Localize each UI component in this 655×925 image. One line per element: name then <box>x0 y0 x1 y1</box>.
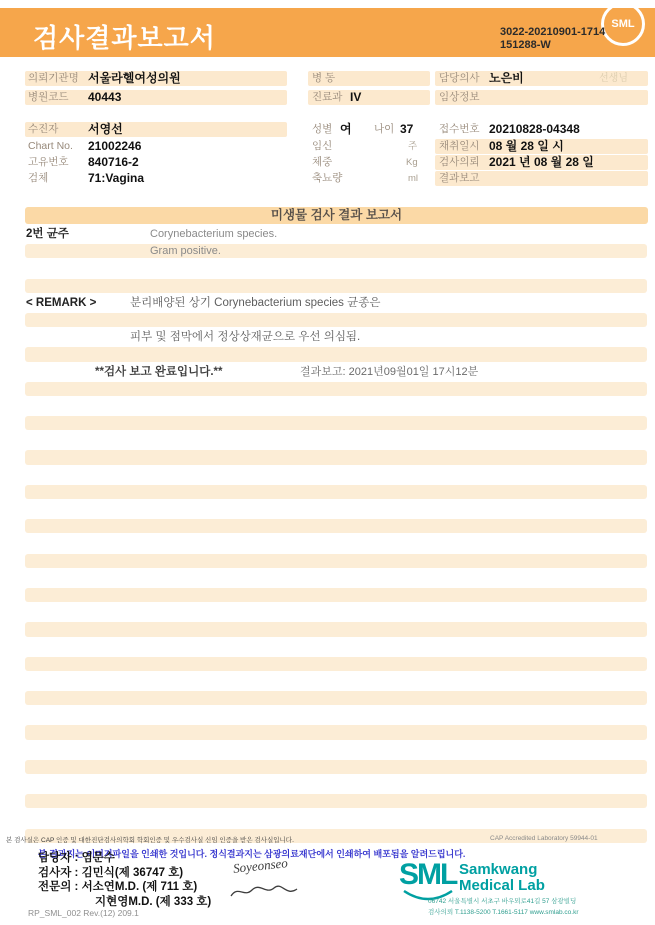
row-highlight-band <box>25 691 647 705</box>
report-row <box>0 449 655 466</box>
report-row <box>0 518 655 535</box>
report-row <box>0 381 655 398</box>
field-result-report: 결과보고 <box>435 171 648 186</box>
field-value: 여 <box>340 122 352 137</box>
field-label: Chart No. <box>28 139 73 154</box>
field-unit: ml <box>408 171 418 186</box>
field-collection-date: 채취일시 08 월 28 일 시 <box>435 139 648 154</box>
field-specimen: 검체 71:Vagina <box>25 171 287 186</box>
signature-icon <box>228 880 300 902</box>
report-row <box>0 656 655 673</box>
report-row <box>0 742 655 759</box>
report-row <box>0 260 655 277</box>
row-highlight-band <box>25 657 647 671</box>
field-label: 의뢰기관명 <box>28 71 79 86</box>
report-row <box>0 415 655 432</box>
field-pregnancy: 임신 주 <box>308 139 430 154</box>
field-value: 40443 <box>88 90 121 105</box>
report-row: < REMARK >분리배양된 상기 Corynebacterium speci… <box>0 295 655 312</box>
staff-specialist-2: 지현영M.D. (제 333 호) <box>38 895 211 910</box>
field-unit: Kg <box>406 155 418 170</box>
report-row <box>0 639 655 656</box>
row-label: < REMARK > <box>26 295 96 312</box>
report-row <box>0 398 655 415</box>
report-row <box>0 312 655 329</box>
staff-block: 담당자 : 염문수 검사자 : 김민식(제 36747 호) 전문의 : 서소연… <box>38 851 211 909</box>
field-doctor: 담당의사 노은비 선생님 <box>435 71 648 86</box>
field-label: 임신 <box>312 139 332 154</box>
report-row <box>0 484 655 501</box>
report-numbers: 3022-20210901-1714 151288-W <box>500 26 605 52</box>
field-value: 서영선 <box>88 122 123 137</box>
report-row <box>0 621 655 638</box>
field-label: 축뇨량 <box>312 171 342 186</box>
field-value: 840716-2 <box>88 155 139 170</box>
report-row: **검사 보고 완료입니다.**결과보고: 2021년09월01일 17시12분 <box>0 364 655 381</box>
field-unique-no: 고유번호 840716-2 <box>25 155 287 170</box>
field-receipt-no: 접수번호 20210828-04348 <box>435 122 648 137</box>
field-label: 진료과 <box>312 90 342 105</box>
accreditation-text: 본 검사실은 CAP 인증 및 대한진단검사의학회 학회인증 및 우수검사실 신… <box>6 835 294 844</box>
company-address: 06742 서울특별시 서초구 바우뫼로41길 57 삼광빌딩 <box>428 896 576 905</box>
field-value: 서울라헬여성의원 <box>88 71 181 86</box>
row-highlight-band <box>25 588 647 602</box>
company-name-line2: Medical Lab <box>459 878 545 894</box>
field-request-date: 검사의뢰 2021 년 08 월 28 일 <box>435 155 648 170</box>
report-row <box>0 604 655 621</box>
field-value: 08 월 28 일 시 <box>489 139 564 154</box>
form-number: RP_SML_002 Rev.(12) 209.1 <box>28 908 139 918</box>
row-highlight-band <box>25 554 647 568</box>
report-row <box>0 346 655 363</box>
row-highlight-band <box>25 279 647 293</box>
report-row <box>0 432 655 449</box>
field-label: 채취일시 <box>439 139 480 154</box>
staff-specialist: 전문의 : 서소연M.D. (제 711 호) <box>38 880 211 895</box>
staff-role: 검사자 : <box>38 867 78 879</box>
field-urine-volume: 축뇨량 ml <box>308 171 430 186</box>
field-clinical-info: 임상정보 <box>435 90 648 105</box>
field-hospital-code: 병원코드 40443 <box>25 90 287 105</box>
field-label: 수진자 <box>28 122 58 137</box>
row-highlight-band <box>25 760 647 774</box>
row-highlight-band <box>25 725 647 739</box>
report-row <box>0 724 655 741</box>
company-name: Samkwang Medical Lab <box>459 862 545 894</box>
page-title: 검사결과보고서 <box>33 18 216 55</box>
report-row <box>0 467 655 484</box>
row-highlight-band <box>25 622 647 636</box>
row-highlight-band <box>25 382 647 396</box>
report-row <box>0 570 655 587</box>
field-chart-no: Chart No. 21002246 <box>25 139 287 154</box>
field-sex-age: 성별 여 나이 37 <box>308 122 430 137</box>
sml-footer-logo-text: SML <box>399 860 456 890</box>
cap-accreditation-number: CAP Accredited Laboratory 59944-01 <box>490 835 598 842</box>
row-text: Corynebacterium species. <box>150 226 277 243</box>
row-highlight-band <box>25 313 647 327</box>
report-row <box>0 587 655 604</box>
field-value: 20210828-04348 <box>489 122 580 137</box>
report-number-2: 151288-W <box>500 39 605 52</box>
result-report-datetime: 결과보고: 2021년09월01일 17시12분 <box>300 364 478 381</box>
staff-name: 김민식(제 36747 호) <box>82 867 184 879</box>
lab-report-page: 검사결과보고서 SML 3022-20210901-1714 151288-W … <box>0 0 655 925</box>
row-highlight-band <box>25 794 647 808</box>
staff-name: 염문수 <box>82 852 115 864</box>
staff-role: 담당자 : <box>38 852 78 864</box>
field-weight: 체중 Kg <box>308 155 430 170</box>
row-highlight-band <box>25 485 647 499</box>
report-row: Gram positive. <box>0 243 655 260</box>
field-label: 체중 <box>312 155 332 170</box>
row-highlight-band <box>25 519 647 533</box>
field-label: 임상정보 <box>439 90 480 105</box>
report-row <box>0 776 655 793</box>
field-value: IV <box>350 90 361 105</box>
row-highlight-band <box>25 347 647 361</box>
field-label: 성별 <box>312 122 332 137</box>
sml-logo-text: SML <box>611 18 634 30</box>
field-label: 병 동 <box>312 71 335 86</box>
field-value: 37 <box>400 122 413 137</box>
report-row: 2번 균주Corynebacterium species. <box>0 226 655 243</box>
field-value: 71:Vagina <box>88 171 144 186</box>
row-highlight-band <box>25 416 647 430</box>
staff-role: 전문의 : <box>38 881 78 893</box>
report-row <box>0 535 655 552</box>
field-requesting-org: 의뢰기관명 서울라헬여성의원 <box>25 71 287 86</box>
report-number-1: 3022-20210901-1714 <box>500 26 605 39</box>
sml-logo-icon: SML <box>601 2 645 46</box>
report-row: 피부 및 점막에서 정상상재균으로 우선 의심됨. <box>0 329 655 346</box>
field-value: 노은비 <box>489 71 524 86</box>
section-title: 미생물 검사 결과 보고서 <box>25 207 648 224</box>
field-ward: 병 동 <box>308 71 430 86</box>
field-label: 고유번호 <box>28 155 69 170</box>
field-label: 접수번호 <box>439 122 480 137</box>
row-highlight-band <box>25 244 647 258</box>
field-patient-name: 수진자 서영선 <box>25 122 287 137</box>
company-name-line1: Samkwang <box>459 862 545 878</box>
field-unit: 주 <box>408 139 417 154</box>
report-row <box>0 690 655 707</box>
report-row <box>0 810 655 827</box>
field-department: 진료과 IV <box>308 90 430 105</box>
field-suffix: 선생님 <box>599 71 628 86</box>
field-value: 2021 년 08 월 28 일 <box>489 155 594 170</box>
report-row <box>0 793 655 810</box>
field-value: 21002246 <box>88 139 141 154</box>
field-label: 담당의사 <box>439 71 480 86</box>
field-label: 병원코드 <box>28 90 69 105</box>
row-text: 피부 및 점막에서 정상상재균으로 우선 의심됨. <box>130 329 360 346</box>
field-label: 검사의뢰 <box>439 155 480 170</box>
field-label: 나이 <box>374 122 394 137</box>
field-label: 검체 <box>28 171 48 186</box>
report-row <box>0 707 655 724</box>
staff-examiner: 검사자 : 김민식(제 36747 호) <box>38 866 211 881</box>
completion-message: **검사 보고 완료입니다.** <box>95 364 222 381</box>
row-highlight-band <box>25 450 647 464</box>
report-row <box>0 673 655 690</box>
staff-name: 지현영M.D. (제 333 호) <box>95 896 211 908</box>
row-text: 분리배양된 상기 Corynebacterium species 균종은 <box>130 295 380 312</box>
row-label: 2번 균주 <box>26 226 69 243</box>
report-row <box>0 501 655 518</box>
report-row <box>0 759 655 776</box>
staff-name: 서소연M.D. (제 711 호) <box>82 881 198 893</box>
field-label: 결과보고 <box>439 171 480 186</box>
company-contact: 검사의뢰 T.1138-5200 T.1661-5117 www.smlab.c… <box>428 907 579 916</box>
report-body: 2번 균주Corynebacterium species.Gram positi… <box>0 226 655 845</box>
staff-manager: 담당자 : 염문수 <box>38 851 211 866</box>
report-row <box>0 278 655 295</box>
report-row <box>0 553 655 570</box>
row-text: Gram positive. <box>150 243 221 260</box>
